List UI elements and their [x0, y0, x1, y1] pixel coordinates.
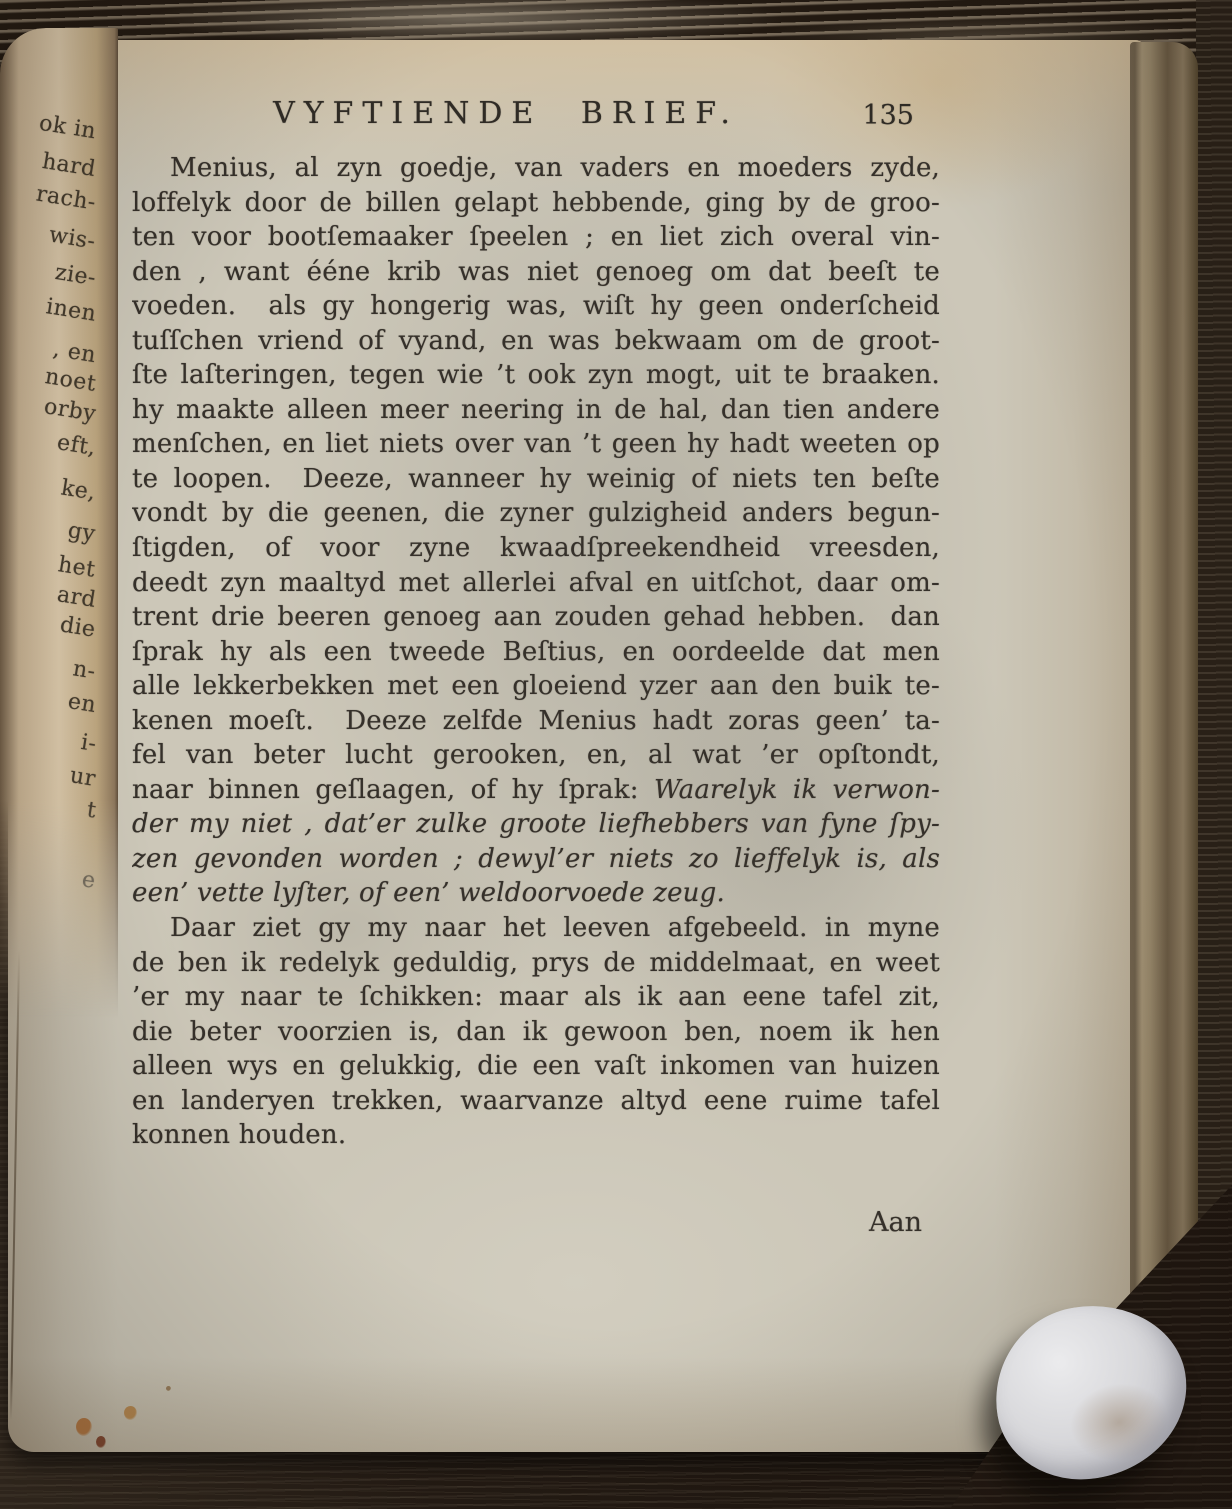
text-line: ſprak hy als een tweede Beſtius, en oord… — [132, 635, 940, 670]
facing-page-fragment: die — [59, 612, 98, 642]
catchword: Aan — [132, 1207, 940, 1238]
page-text-block: VYFTIENDE BRIEF. 135 Menius, al zyn goed… — [132, 96, 940, 1238]
facing-page-fragment: , en — [51, 337, 98, 368]
facing-page-fragment: hard — [40, 149, 97, 182]
facing-page-fragment: ur — [69, 763, 98, 792]
text-line: trent drie beeren genoeg aan zouden geha… — [132, 600, 940, 635]
book-page: VYFTIENDE BRIEF. 135 Menius, al zyn goed… — [8, 40, 1144, 1452]
text-line: ſte laſteringen, tegen wie ’t ook zyn mo… — [132, 358, 940, 393]
text-line: die beter voorzien is, dan ik gewoon ben… — [132, 1015, 940, 1050]
text-line: een’ vette lyſter, of een’ weldoorvoede … — [132, 876, 940, 911]
facing-page-fragment: ok in — [37, 111, 97, 145]
facing-page-fragment: inen — [44, 294, 98, 327]
text-line: de ben ik redelyk geduldig, prys de midd… — [132, 946, 940, 981]
photo-of-open-book: VYFTIENDE BRIEF. 135 Menius, al zyn goed… — [0, 0, 1232, 1509]
text-line: te loopen. Deeze, wanneer hy weinig of n… — [132, 462, 940, 497]
facing-page-fragment: het — [57, 552, 98, 583]
text-line: tuſſchen vriend of vyand, en was bekwaam… — [132, 324, 940, 359]
facing-page-fragment: wis- — [48, 223, 98, 255]
text-line: den , want ééne krib was niet genoeg om … — [132, 255, 940, 290]
text-line: loffelyk door de billen gelapt hebbende,… — [132, 186, 940, 221]
facing-page-fragment: orby — [42, 394, 98, 427]
text-line: konnen houden. — [132, 1118, 940, 1153]
facing-page-fragment: n- — [72, 656, 98, 684]
text-line: hy maakte alleen meer neering in de hal,… — [132, 393, 940, 428]
text-line: alleen wys en gelukkig, die een vaſt ink… — [132, 1049, 940, 1084]
book-fore-edge — [1130, 42, 1198, 1372]
foxing-spot — [96, 1436, 106, 1448]
text-lines: Menius, al zyn goedje, van vaders en moe… — [132, 151, 940, 1153]
text-line: kenen moeſt. Deeze zelfde Menius hadt zo… — [132, 704, 940, 739]
facing-page-fragment: i- — [79, 730, 98, 757]
facing-page-fragment: zie- — [53, 260, 97, 291]
text-line: zen gevonden worden ; dewyl’er niets zo … — [132, 842, 940, 877]
text-line: fel van beter lucht gerooken, en, al wat… — [132, 738, 940, 773]
text-line: Menius, al zyn goedje, van vaders en moe… — [132, 151, 940, 186]
text-line: en landeryen trekken, waarvanze altyd ee… — [132, 1084, 940, 1119]
foxing-spot — [124, 1406, 137, 1420]
text-line: voeden. als gy hongerig was, wiſt hy gee… — [132, 289, 940, 324]
text-line: menſchen, en liet niets over van ’t geen… — [132, 427, 940, 462]
text-line: vondt by die geenen, die zyner gulzighei… — [132, 496, 940, 531]
text-line: deedt zyn maaltyd met allerlei afval en … — [132, 566, 940, 601]
facing-page-fragment: ke, — [59, 475, 97, 505]
foxing-spot — [166, 1386, 171, 1391]
text-line: der my niet , dat’er zulke groote liefhe… — [132, 807, 940, 842]
text-line: ſtigden, of voor zyne kwaadſpreekendheid… — [132, 531, 940, 566]
facing-page-fragment: t — [85, 797, 98, 823]
text-line: naar binnen geſlaagen, of hy ſprak: Waar… — [132, 773, 940, 808]
previous-page-edge: ok inhardrach-wis-zie-inen, ennoetorbyef… — [0, 28, 118, 1018]
facing-page-fragment: gy — [67, 518, 98, 547]
page-number: 135 — [862, 100, 914, 131]
text-line: ten voor bootſemaaker ſpeelen ; en liet … — [132, 220, 940, 255]
running-header: VYFTIENDE BRIEF. 135 — [132, 96, 940, 138]
facing-page-fragment: eft, — [55, 430, 97, 461]
facing-page-fragment: e — [81, 867, 98, 894]
foxing-spot — [76, 1418, 92, 1436]
facing-page-fragment: rach- — [34, 181, 97, 215]
chapter-heading: VYFTIENDE BRIEF. — [102, 96, 910, 131]
facing-page-fragment: en — [66, 689, 98, 718]
text-line: Daar ziet gy my naar het leeven afgebeel… — [132, 911, 940, 946]
text-line: alle lekkerbekken met een gloeiend yzer … — [132, 669, 940, 704]
facing-page-fragment: ard — [55, 582, 98, 613]
facing-page-fragment: noet — [43, 364, 98, 397]
text-line: ’er my naar te ſchikken: maar als ik aan… — [132, 980, 940, 1015]
